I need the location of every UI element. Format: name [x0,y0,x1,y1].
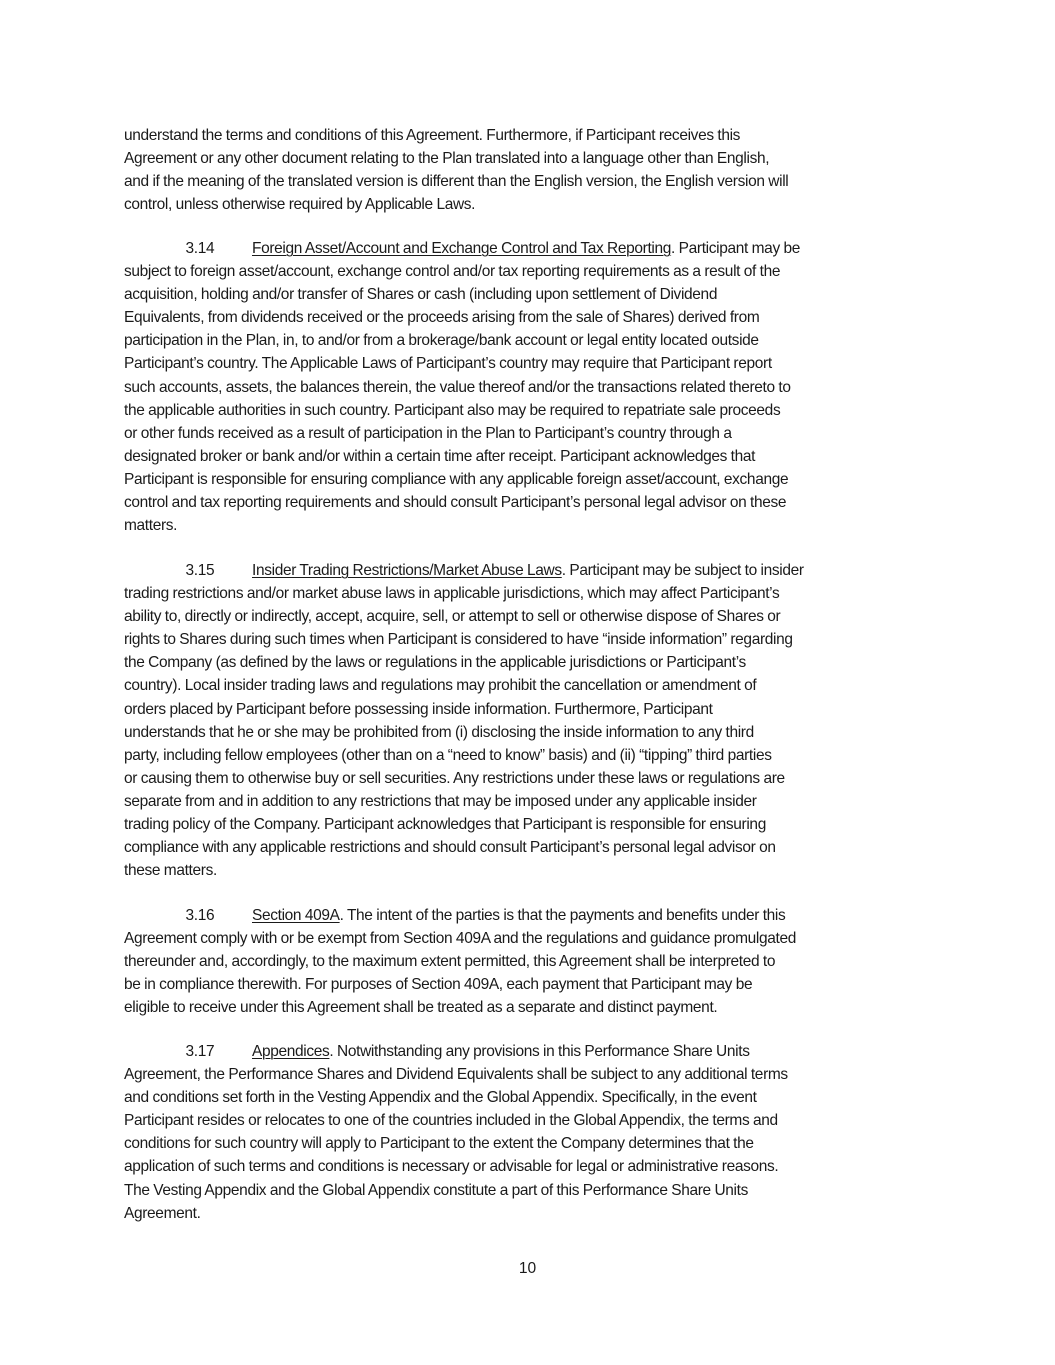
text-line: the Company (as defined by the laws or r… [124,651,930,674]
text-line: ability to, directly or indirectly, acce… [124,605,930,628]
section-3-17: 3.17Appendices. Notwithstanding any prov… [124,1040,936,1225]
text-line: or causing them to otherwise buy or sell… [124,767,930,790]
text-line: Agreement, the Performance Shares and Di… [124,1063,930,1086]
section-number: 3.17 [124,1040,214,1063]
text-line: country). Local insider trading laws and… [124,674,930,697]
text-line: Participant resides or relocates to one … [124,1109,930,1132]
text-line: eligible to receive under this Agreement… [124,996,930,1019]
text-line: Agreement comply with or be exempt from … [124,927,930,950]
text-line: application of such terms and conditions… [124,1155,930,1178]
section-first-line: 3.14Foreign Asset/Account and Exchange C… [124,237,930,260]
continuation-paragraph: understand the terms and conditions of t… [124,124,936,216]
text-line: and conditions set forth in the Vesting … [124,1086,930,1109]
text-line: the applicable authorities in such count… [124,399,930,422]
text-line: compliance with any applicable restricti… [124,836,930,859]
section-3-14: 3.14Foreign Asset/Account and Exchange C… [124,237,936,537]
text-line: participation in the Plan, in, to and/or… [124,329,930,352]
text-line: Equivalents, from dividends received or … [124,306,930,329]
section-number: 3.14 [124,237,214,260]
text-line: party, including fellow employees (other… [124,744,930,767]
section-heading: Appendices [252,1043,329,1060]
text-line: understand the terms and conditions of t… [124,124,930,147]
text-line: rights to Shares during such times when … [124,628,930,651]
page-number: 10 [0,1257,1055,1280]
text-line: or other funds received as a result of p… [124,422,930,445]
text-line: Agreement or any other document relating… [124,147,930,170]
section-first-line-text: . Notwithstanding any provisions in this… [329,1043,749,1060]
text-line: Participant’s country. The Applicable La… [124,352,930,375]
section-number: 3.15 [124,559,214,582]
section-first-line-text: . Participant may be [671,240,800,257]
section-heading: Section 409A [252,907,340,924]
text-line: control, unless otherwise required by Ap… [124,193,930,216]
section-number: 3.16 [124,904,214,927]
text-line: matters. [124,514,930,537]
text-line: designated broker or bank and/or within … [124,445,930,468]
text-line: trading restrictions and/or market abuse… [124,582,930,605]
section-first-line: 3.17Appendices. Notwithstanding any prov… [124,1040,930,1063]
section-first-line: 3.16Section 409A. The intent of the part… [124,904,930,927]
text-line: be in compliance therewith. For purposes… [124,973,930,996]
text-line: control and tax reporting requirements a… [124,491,930,514]
section-first-line-text: . Participant may be subject to insider [562,562,804,579]
text-line: these matters. [124,859,930,882]
text-line: Agreement. [124,1202,930,1225]
section-3-15: 3.15Insider Trading Restrictions/Market … [124,559,936,882]
section-heading: Foreign Asset/Account and Exchange Contr… [252,240,671,257]
text-line: understands that he or she may be prohib… [124,721,930,744]
section-3-16: 3.16Section 409A. The intent of the part… [124,904,936,1019]
section-first-line: 3.15Insider Trading Restrictions/Market … [124,559,930,582]
text-line: thereunder and, accordingly, to the maxi… [124,950,930,973]
document-page: understand the terms and conditions of t… [0,0,1055,1365]
section-heading: Insider Trading Restrictions/Market Abus… [252,562,562,579]
text-line: conditions for such country will apply t… [124,1132,930,1155]
section-first-line-text: . The intent of the parties is that the … [340,907,786,924]
text-line: orders placed by Participant before poss… [124,698,930,721]
text-line: Participant is responsible for ensuring … [124,468,930,491]
text-line: acquisition, holding and/or transfer of … [124,283,930,306]
text-line: subject to foreign asset/account, exchan… [124,260,930,283]
text-line: and if the meaning of the translated ver… [124,170,930,193]
text-line: separate from and in addition to any res… [124,790,930,813]
text-line: trading policy of the Company. Participa… [124,813,930,836]
text-line: such accounts, assets, the balances ther… [124,376,930,399]
text-line: The Vesting Appendix and the Global Appe… [124,1179,930,1202]
